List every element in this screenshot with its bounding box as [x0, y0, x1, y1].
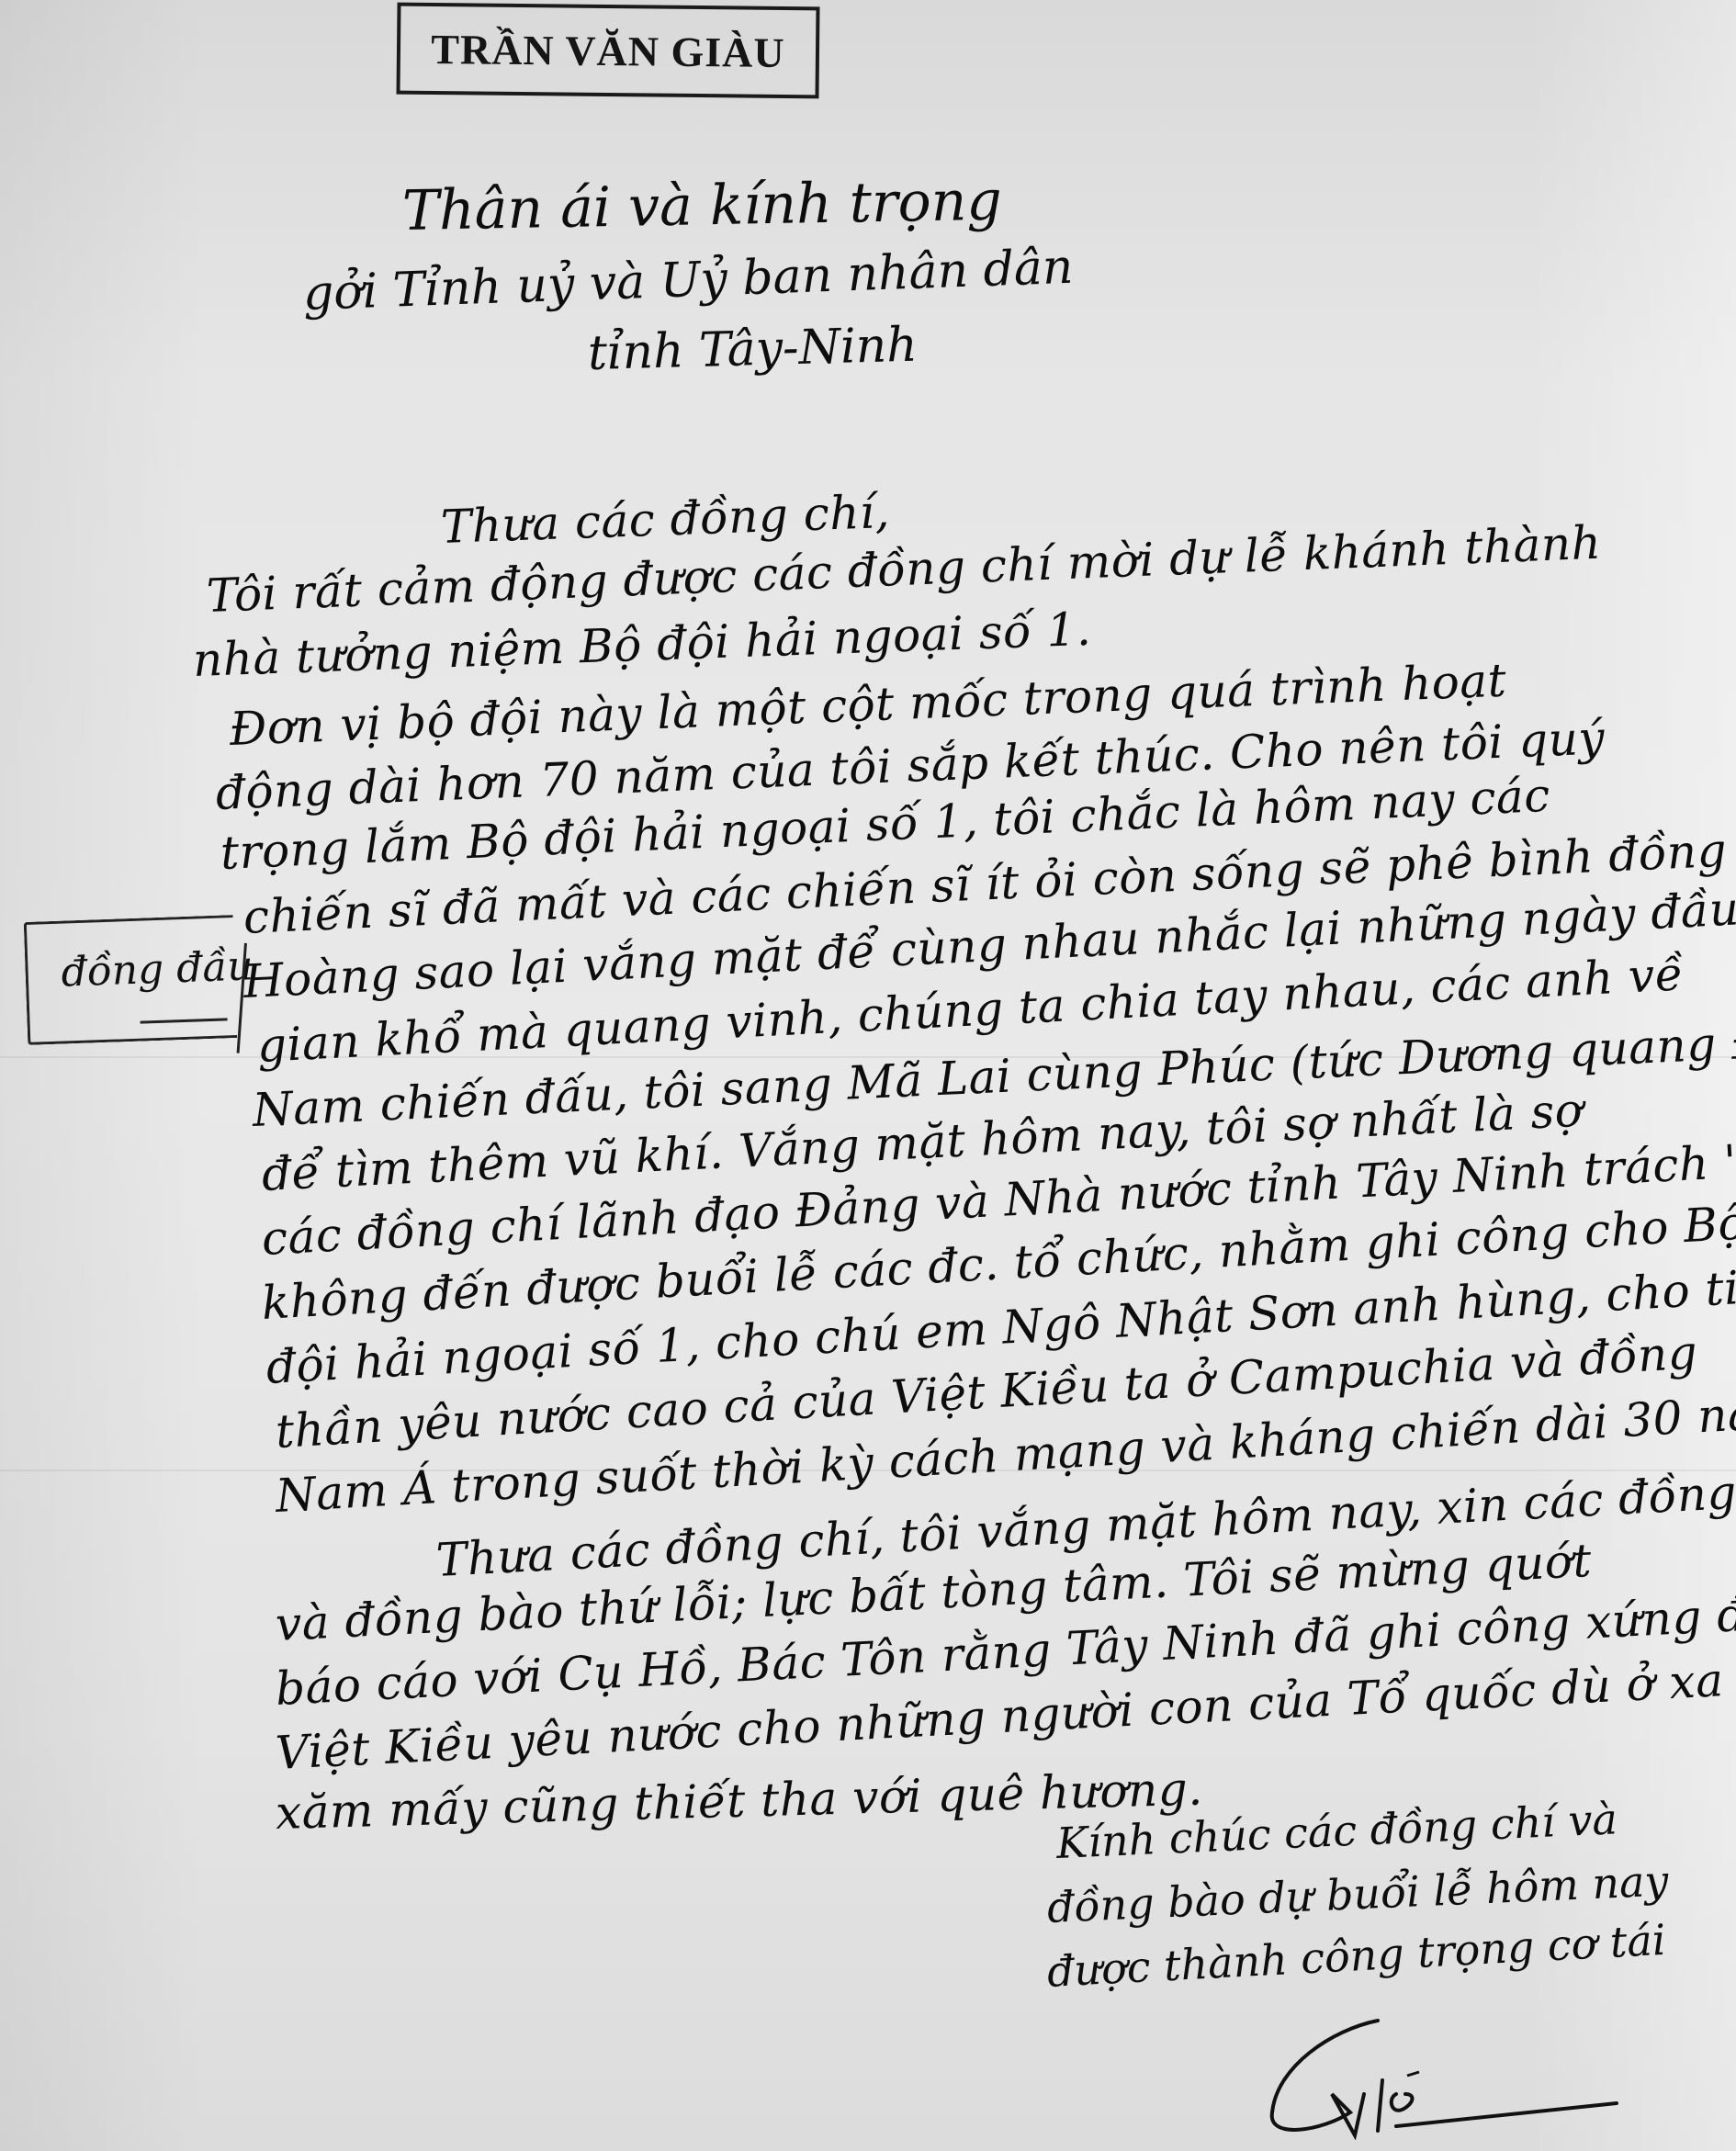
greeting: Thưa các đồng chí,: [440, 485, 891, 554]
letterhead-box: TRẦN VĂN GIÀU: [396, 3, 819, 99]
heading-line-1: Thân ái và kính trọng: [401, 169, 1002, 243]
letter-body-line: Tôi rất cảm động được các đồng chí mời d…: [206, 516, 1602, 623]
heading-line-2: gởi Tỉnh uỷ và Uỷ ban nhân dân: [302, 240, 1074, 321]
margin-note-text: đồng đầu: [61, 942, 254, 996]
letterhead-name: TRẦN VĂN GIÀU: [431, 24, 785, 76]
margin-note-underline: [141, 1018, 228, 1023]
margin-note-box: đồng đầu: [24, 915, 238, 1045]
heading-line-3: tỉnh Tây-Ninh: [587, 318, 918, 381]
signature: Giàu: [1268, 2011, 1653, 2140]
